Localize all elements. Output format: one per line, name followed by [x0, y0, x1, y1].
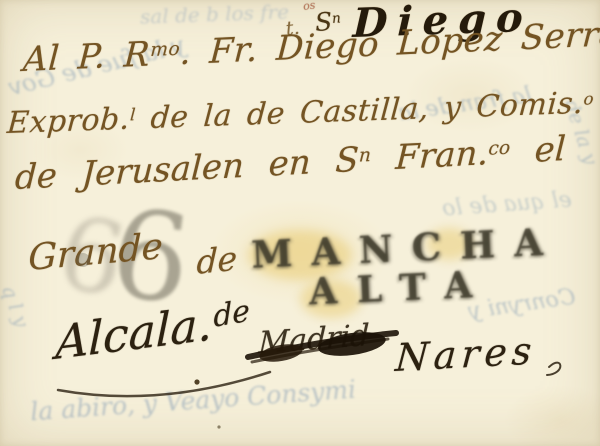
- address-line-3-superscript: co: [488, 138, 511, 160]
- address-line-3-text: Fran.: [370, 133, 490, 179]
- showthrough-fragment: el qua de lo: [441, 188, 572, 222]
- ink-dot: [194, 379, 199, 384]
- crossed-out-word: Madrid: [258, 318, 370, 361]
- showthrough-fragment: la abiro, y Veayo Consymi: [29, 375, 356, 427]
- ink-dot: [217, 425, 220, 428]
- destination-de: de: [213, 293, 251, 335]
- postmark-mancha-alta: MANCHA ALTA: [250, 221, 564, 315]
- address-line-1: Al P. Rmo. Fr. Diego Lopez Serrano: [22, 12, 600, 80]
- address-line-2-text: Gen.: [593, 82, 600, 120]
- address-line-2-text: de la de Castilla, y Comis.: [134, 86, 584, 137]
- address-line-1-superscript: mo: [150, 39, 181, 61]
- letter-cover: y la fue de Gov sal de b los fre la fran…: [0, 0, 600, 446]
- address-line-1-text: Al P. R: [22, 34, 151, 80]
- address-line-3-text: el: [509, 129, 567, 172]
- address-line-3: de Jerusalen en Sn Fran.co el: [14, 129, 567, 198]
- docket-abbr-superscript: n: [331, 10, 341, 27]
- address-line-2-text: Exprob.: [6, 102, 131, 141]
- showthrough-fragment: sal de b los fre: [140, 0, 290, 29]
- name-tail-flourish: [547, 363, 560, 375]
- address-line-4-de: de: [196, 238, 238, 282]
- showthrough-fragment: q l y: [0, 282, 34, 331]
- destination-name: Nares: [394, 328, 538, 380]
